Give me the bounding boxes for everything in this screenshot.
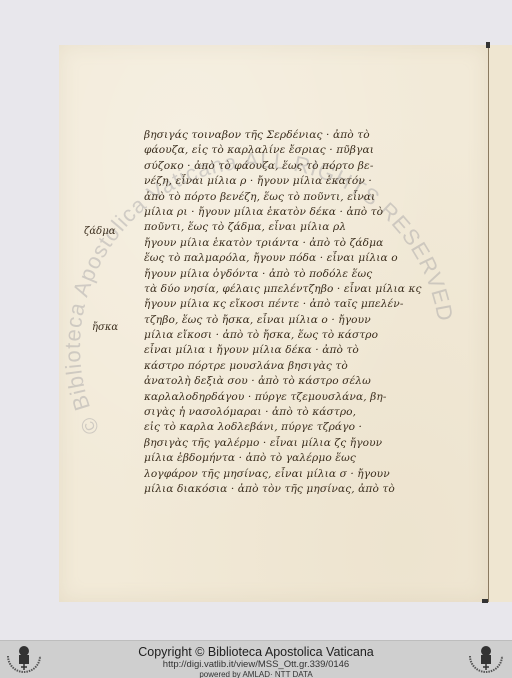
text-line: εἰς τὸ καρλα λοδλεβάνι, πύργε τζράγο · xyxy=(144,420,456,435)
vatican-library-seal-icon xyxy=(4,642,44,676)
text-line: μίλια εἴκοσι · ἀπὸ τὸ ἤσκα, ἕως τὸ κάστρ… xyxy=(144,328,456,343)
adjacent-page-edge xyxy=(488,45,512,602)
text-line: μίλια διακόσια · ἀπὸ τὸν τῆς μησίνας, ἀπ… xyxy=(144,482,456,497)
image-viewport[interactable]: © Biblioteca Apostolica Vaticana ALL RIG… xyxy=(0,0,512,640)
margin-note: ζάδμα xyxy=(84,226,115,237)
text-line: ἀπὸ τὸ πόρτο βενέζη, ἕως τὸ ποῦντι, εἶνα… xyxy=(144,190,456,205)
text-line: εἶναι μίλια ι ἤγουν μίλια δέκα · ἀπὸ τὸ xyxy=(144,343,456,358)
text-line: μίλια ἑβδομήντα · ἀπὸ τὸ γαλέρμο ἕως xyxy=(144,451,456,466)
page-corner-mark xyxy=(486,42,490,48)
text-line: ποῦντι, ἕως τὸ ζάδμα, εἶναι μίλια ρλ xyxy=(144,220,456,235)
page-corner-mark xyxy=(482,599,488,603)
manuscript-text-block: βησιγάς τοιναβον τῆς Σερδένιας · ἀπὸ τὸ … xyxy=(144,128,456,497)
text-line: βησιγάς τοιναβον τῆς Σερδένιας · ἀπὸ τὸ xyxy=(144,128,456,143)
text-line: κάστρο πόρτρε μουσλάνα βησιγὰς τὸ xyxy=(144,359,456,374)
permalink-url[interactable]: http://digi.vatlib.it/view/MSS_Ott.gr.33… xyxy=(0,659,512,670)
copyright-text: Copyright © Biblioteca Apostolica Vatica… xyxy=(0,645,512,659)
copyright-footer: Copyright © Biblioteca Apostolica Vatica… xyxy=(0,640,512,678)
text-line: σιγὰς ἡ νασολόμαραι · ἀπὸ τὸ κάστρο, xyxy=(144,405,456,420)
text-line: τζηβο, ἕως τὸ ἤσκα, εἶναι μίλια ο · ἤγου… xyxy=(144,313,456,328)
text-line: τὰ δύο νησία, φέλαις μπελέντζηβο · εἶναι… xyxy=(144,282,456,297)
text-line: βησιγὰς τῆς γαλέρμο · εἶναι μίλια ζς ἤγο… xyxy=(144,436,456,451)
powered-by-text: powered by AMLAD· NTT DATA xyxy=(0,670,512,678)
text-line: ἤγουν μίλια κς εἴκοσι πέντε · ἀπὸ ταῖς μ… xyxy=(144,297,456,312)
margin-note: ἤσκα xyxy=(92,322,118,333)
text-line: φάουζα, εἰς τὸ καρλαλίνε ἔσριας · πῦβγαι xyxy=(144,143,456,158)
text-line: ἕως τὸ παλμαρόλα, ἤγουν πόδα · εἶναι μίλ… xyxy=(144,251,456,266)
text-line: ἤγουν μίλια ἑκατὸν τριάντα · ἀπὸ τὸ ζάδμ… xyxy=(144,236,456,251)
text-line: ἤγουν μίλια ὀγδόντα · ἀπὸ τὸ ποδόλε ἕως xyxy=(144,267,456,282)
text-line: σύζοκο · ἀπὸ τὸ φάουζα, ἕως τὸ πόρτο βε- xyxy=(144,159,456,174)
vatican-library-seal-icon xyxy=(466,642,506,676)
text-line: λογφάρον τῆς μησίνας, εἶναι μίλια σ · ἤγ… xyxy=(144,467,456,482)
text-line: ἀνατολὴ δεξιὰ σου · ἀπὸ τὸ κάστρο σέλω xyxy=(144,374,456,389)
text-line: μίλια ρι · ἤγουν μίλια ἑκατὸν δέκα · ἀπὸ… xyxy=(144,205,456,220)
text-line: νέζη, εἶναι μίλια ρ · ἤγουν μίλια ἑκατόν… xyxy=(144,174,456,189)
text-line: καρλαλοδηρδάγου · πύργε τζεμουσλάνα, βη- xyxy=(144,390,456,405)
